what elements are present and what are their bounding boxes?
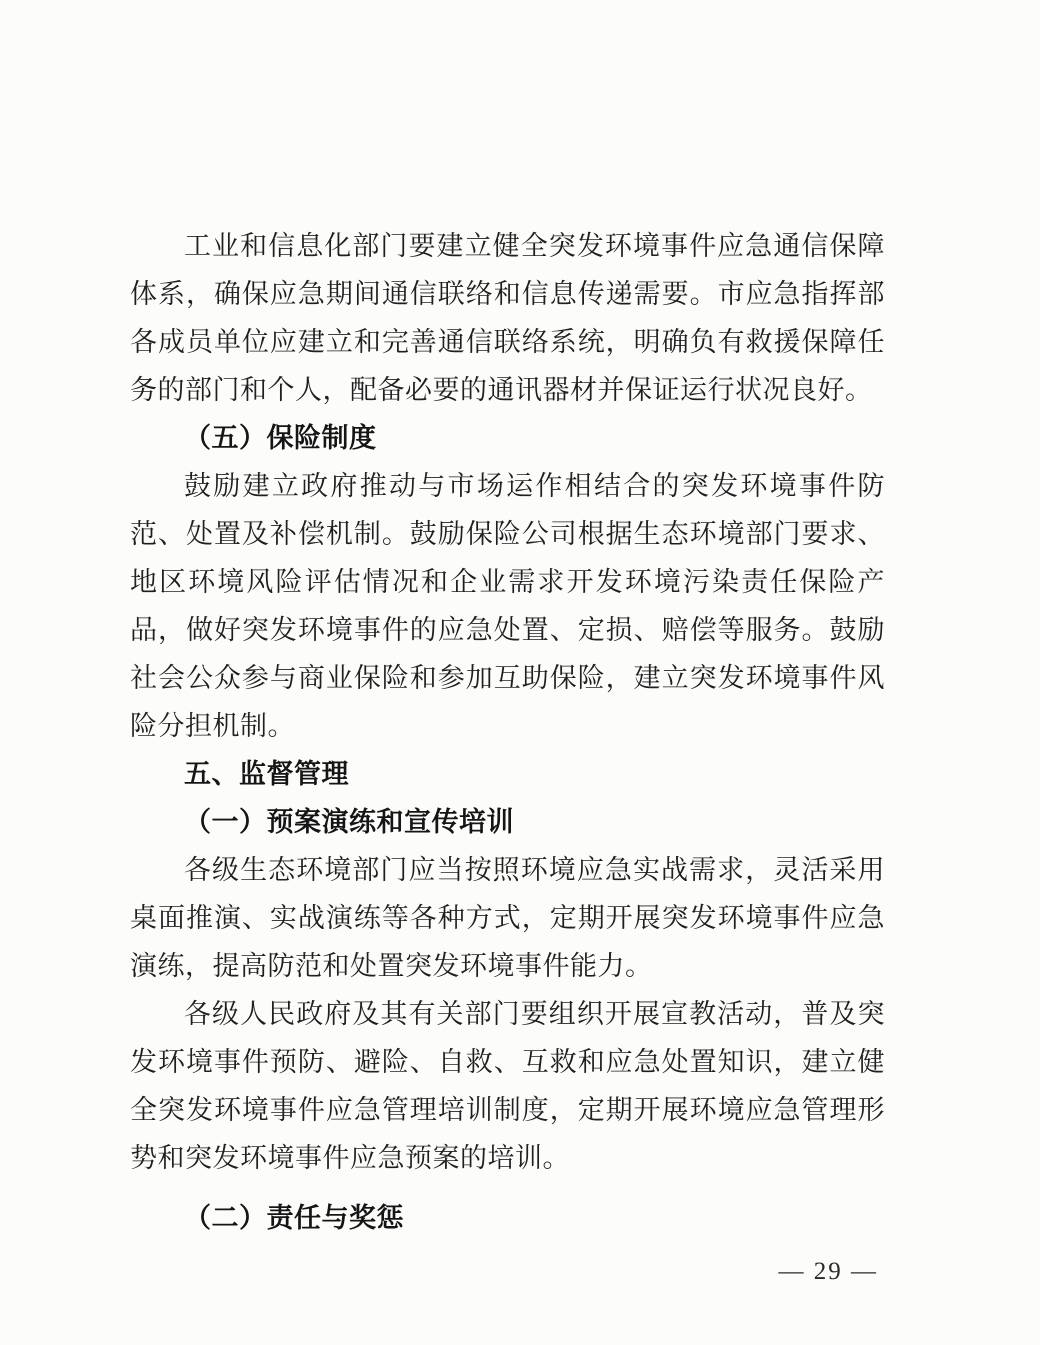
chapter-heading-supervision-management: 五、监督管理 xyxy=(130,750,885,798)
paragraph-insurance-mechanism: 鼓励建立政府推动与市场运作相结合的突发环境事件防范、处置及补偿机制。鼓励保险公司… xyxy=(130,462,885,750)
page-number: — 29 — xyxy=(779,1258,879,1286)
document-page: 工业和信息化部门要建立健全突发环境事件应急通信保障体系，确保应急期间通信联络和信… xyxy=(0,0,1040,1345)
section-heading-drill-and-training: （一）预案演练和宣传培训 xyxy=(130,798,885,846)
document-body: 工业和信息化部门要建立健全突发环境事件应急通信保障体系，确保应急期间通信联络和信… xyxy=(130,222,885,1242)
section-heading-insurance-system: （五）保险制度 xyxy=(130,414,885,462)
section-heading-responsibility-rewards: （二）责任与奖惩 xyxy=(130,1194,885,1242)
paragraph-emergency-drills: 各级生态环境部门应当按照环境应急实战需求，灵活采用桌面推演、实战演练等各种方式，… xyxy=(130,846,885,990)
paragraph-publicity-education: 各级人民政府及其有关部门要组织开展宣教活动，普及突发环境事件预防、避险、自救、互… xyxy=(130,990,885,1182)
paragraph-communication-support: 工业和信息化部门要建立健全突发环境事件应急通信保障体系，确保应急期间通信联络和信… xyxy=(130,222,885,414)
